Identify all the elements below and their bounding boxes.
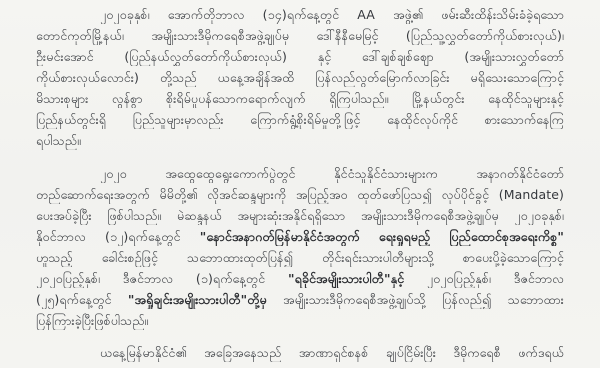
text-line: ပြည်နယ်တွင်းရှိ ပြည်သူများမှာလည်း ကြောက်… bbox=[36, 110, 564, 129]
bold-quote-segment: "အရှိုချင်းအမျိုးသားပါတီ"တို့မှ bbox=[128, 290, 267, 309]
text-line: တည်ဆောက်ရေးအတွက် မိမိတို့၏ လိုအင်ဆန္ဒမျာ… bbox=[36, 185, 564, 204]
text-line: ၂၀၂၀ အထွေထွေရွေးကောက်ပွဲတွင် နိုင်ငံသူနိ… bbox=[100, 164, 564, 183]
text-segment: စားသောက်နေကြ bbox=[485, 110, 564, 129]
text-segment: ဒေါ်ချစ်ချစ်ဈော bbox=[362, 47, 434, 66]
text-segment: ယနေ့မြန်မာနိုင်ငံ၏ bbox=[100, 343, 187, 362]
text-segment: ခေါင်းစဉ်ဖြင့် bbox=[102, 248, 158, 267]
text-segment: ရှိကြပါသည်။ bbox=[329, 89, 388, 108]
text-segment: အောက်တိုဘာလ bbox=[168, 5, 245, 24]
text-segment: ပြန်လည်လွတ်မြောက်လာခြင်း bbox=[315, 68, 449, 87]
text-line: နိုဝင်ဘာလ (၁၂)ရက်နေ့တွင် "နောင်အနာဂတ်မြန… bbox=[36, 227, 564, 246]
text-segment: ကြောက်ရွံ့စိုးရိမ်မှုတို့ဖြင့် bbox=[250, 110, 360, 129]
text-segment: (၁၄)ရက်နေ့တွင် bbox=[263, 5, 340, 24]
text-segment: အမျိုးသားဒီမိုကရေစီအဖွဲ့ချုပ်မှ bbox=[151, 26, 289, 45]
text-line: ယနေ့မြန်မာနိုင်ငံ၏ အခြေအနေသည် အာဏာရှင်စန… bbox=[100, 343, 564, 362]
text-segment: ယနေ့အချိန်အထိ bbox=[218, 68, 295, 87]
text-segment: လုပ်ပိုင်ခွင့် bbox=[442, 185, 489, 204]
text-segment: ဒီဇင်ဘာလ bbox=[123, 269, 173, 288]
text-line: ပြန်ကြားခဲ့ပြီးဖြစ်ပါသည်။ bbox=[36, 311, 564, 330]
text-segment: တောင်ကုတ်မြို့နယ်၊ bbox=[36, 26, 124, 45]
text-segment: ရပါသည်။ bbox=[36, 131, 81, 150]
text-segment: သဘောထားထုတ်ပြန်၍ bbox=[187, 248, 293, 267]
text-segment: အမျိုးသားဒီမိုကရေစီအဖွဲ့ချုပ်မှ bbox=[361, 206, 499, 225]
text-line: ၂၀၂၀ပြည့်နှစ်၊ ဒီဇင်ဘာလ (၁)ရက်နေ့တွင် "ရ… bbox=[36, 269, 564, 288]
text-segment: တို့သည် bbox=[160, 68, 197, 87]
text-segment: မိသားစုများ bbox=[36, 89, 88, 108]
text-segment: အများဆုံးအနိုင်ရရှိသော bbox=[237, 206, 345, 225]
text-segment: လွန်စွာ bbox=[112, 89, 143, 108]
text-segment: စိုးရိမ်ပူပန်သောကရောက်လျက် bbox=[166, 89, 305, 108]
text-segment: မရှိသေးသောကြောင့် bbox=[471, 68, 564, 87]
text-segment: ၂၀၂၀ခုနှစ်၊ bbox=[100, 5, 150, 24]
text-segment: ဦးမင်းအောင် bbox=[36, 47, 94, 66]
text-line: ဟူသည့် ခေါင်းစဉ်ဖြင့် သဘောထားထုတ်ပြန်၍ တ… bbox=[36, 248, 564, 267]
text-line: ၂၀၂၀ခုနှစ်၊ အောက်တိုဘာလ (၁၄)ရက်နေ့တွင် A… bbox=[100, 5, 564, 24]
text-segment: နိုင်ငံသူနိုင်ငံသားများက bbox=[334, 164, 438, 183]
text-segment: ၂၀၂၀ bbox=[100, 164, 127, 183]
scanned-document-page: ၂၀၂၀ခုနှစ်၊ အောက်တိုဘာလ (၁၄)ရက်နေ့တွင် A… bbox=[0, 0, 600, 368]
text-segment: (၁၂)ရက်နေ့တွင် bbox=[105, 227, 181, 246]
text-line: တောင်ကုတ်မြို့နယ်၊ အမျိုးသားဒီမိုကရေစီအဖ… bbox=[36, 26, 564, 45]
text-segment: ဖက်ဒရယ် bbox=[518, 343, 564, 362]
text-line: ကိုယ်စားလှယ်လောင်း) တို့သည် ယနေ့အချိန်အထ… bbox=[36, 68, 564, 87]
text-segment: မြို့နယ်တွင်း bbox=[412, 89, 465, 108]
text-segment: အာဏာရှင်စနစ် bbox=[299, 343, 369, 362]
text-segment: နှင့် bbox=[318, 47, 332, 66]
text-segment: အဖွဲ့၏ bbox=[393, 5, 423, 24]
text-segment: အနာဂတ်နိုင်ငံတော် bbox=[476, 164, 564, 183]
text-segment: ၂၀၂၀ပြည့်နှစ်၊ bbox=[36, 269, 100, 288]
text-segment: အခြေအနေသည် bbox=[204, 343, 281, 362]
text-segment: ဖမ်းဆီးထိန်းသိမ်းခံခဲ့ရသော bbox=[441, 5, 564, 24]
text-line: မိသားစုများ လွန်စွာ စိုးရိမ်ပူပန်သောကရော… bbox=[36, 89, 564, 108]
bold-quote-segment: ပြည်ထောင်စုအရေးကိစ္စ" bbox=[449, 227, 564, 246]
text-segment: နေထိုင်သူများနှင့် bbox=[488, 89, 564, 108]
text-segment: ၂၀၂၀ခုနှစ်၊ bbox=[514, 206, 564, 225]
text-segment: ဒေါ်နီနီမေမြင့် bbox=[316, 26, 378, 45]
text-segment: AA bbox=[357, 5, 375, 24]
bold-quote-segment: "ရခိုင်အမျိုးသားပါတီ"နှင့် bbox=[288, 269, 404, 288]
text-segment: အထွေထွေရွေးကောက်ပွဲတွင် bbox=[165, 164, 295, 183]
text-segment: (ပြည်နယ်လွှတ်တော်ကိုယ်စားလှယ်) bbox=[124, 47, 287, 66]
text-segment: မိမိတို့၏ bbox=[160, 185, 198, 204]
text-segment: ပေးအပ်ခဲ့ပြီး bbox=[36, 206, 92, 225]
text-segment: ဖြစ်ပါသည်။ bbox=[107, 206, 161, 225]
text-segment: လိုအင်ဆန္ဒများကို bbox=[207, 185, 286, 204]
text-segment: တိုင်းရင်းသားပါတီများသို့ bbox=[322, 248, 434, 267]
text-segment: စာပေးပို့ခဲ့သောကြောင့် bbox=[463, 248, 564, 267]
bold-quote-segment: "နောင်အနာဂတ်မြန်မာနိုင်ငံအတွက် bbox=[200, 227, 360, 246]
text-segment: ဒီမိုကရေစီ bbox=[453, 343, 500, 362]
text-segment: အပြည့်အဝ bbox=[296, 185, 348, 204]
text-line: (၂၅)ရက်နေ့တွင် "အရှိုချင်းအမျိုးသားပါတီ"… bbox=[36, 290, 564, 309]
text-segment: ချုပ်ငြိမ်းပြီး bbox=[386, 343, 436, 362]
text-segment: ထုတ်ဖော်ပြသ၍ bbox=[357, 185, 432, 204]
text-segment: ပြည်နယ်တွင်းရှိ bbox=[36, 110, 106, 129]
text-segment: နေထိုင်လုပ်ကိုင် bbox=[387, 110, 458, 129]
text-segment: အမျိုးသားဒီမိုကရေစီအဖွဲ့ချုပ်သို့ bbox=[283, 290, 426, 309]
text-segment: ပြန်ကြားခဲ့ပြီးဖြစ်ပါသည်။ bbox=[36, 311, 148, 330]
text-segment: (Mandate) bbox=[499, 185, 564, 204]
text-segment: ကိုယ်စားလှယ်လောင်း) bbox=[36, 68, 139, 87]
text-line: ရပါသည်။ bbox=[36, 131, 564, 150]
text-segment: မဲဆန္ဒနယ် bbox=[177, 206, 222, 225]
text-segment: ပြန်လည်၍ bbox=[442, 290, 491, 309]
text-segment: တည်ဆောက်ရေးအတွက် bbox=[36, 185, 150, 204]
text-segment: ဟူသည့် bbox=[36, 248, 73, 267]
text-segment: (ပြည်သူ့လွှတ်တော်ကိုယ်စားလှယ်)၊ bbox=[406, 26, 564, 45]
text-segment: (၂၅)ရက်နေ့တွင် bbox=[36, 290, 112, 309]
text-segment: ဒီဇင်ဘာလ bbox=[514, 269, 564, 288]
bold-quote-segment: ရေးရှုရမည့် bbox=[379, 227, 430, 246]
text-segment: ပြည်သူများမှာလည်း bbox=[133, 110, 224, 129]
text-segment: (အမျိုးသားလွှတ်တော် bbox=[464, 47, 564, 66]
text-segment: နိုဝင်ဘာလ bbox=[36, 227, 86, 246]
text-line: ပေးအပ်ခဲ့ပြီး ဖြစ်ပါသည်။ မဲဆန္ဒနယ် အများ… bbox=[36, 206, 564, 225]
text-segment: ၂၀၂၀ပြည့်နှစ်၊ bbox=[427, 269, 491, 288]
text-segment: (၁)ရက်နေ့တွင် bbox=[196, 269, 265, 288]
text-line: ဦးမင်းအောင် (ပြည်နယ်လွှတ်တော်ကိုယ်စားလှယ… bbox=[36, 47, 564, 66]
text-segment: သဘောထား bbox=[508, 290, 564, 309]
